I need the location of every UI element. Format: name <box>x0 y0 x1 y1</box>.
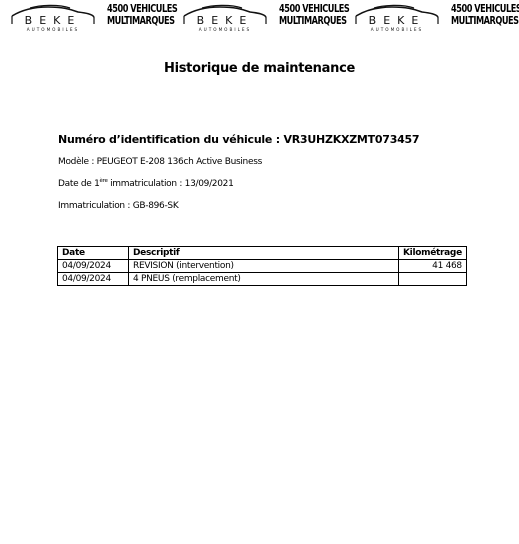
tagline-line-1: 4500 VEHICULES <box>107 3 177 15</box>
table-header-row: Date Descriptif Kilométrage <box>58 247 467 260</box>
first-reg-label-suffix: immatriculation : <box>108 179 185 189</box>
cell-date: 04/09/2024 <box>58 260 129 273</box>
page-title: Historique de maintenance <box>0 61 519 76</box>
svg-text:AUTOMOBILES: AUTOMOBILES <box>371 27 423 32</box>
svg-text:AUTOMOBILES: AUTOMOBILES <box>199 27 251 32</box>
model-value: PEUGEOT E-208 136ch Active Business <box>97 157 262 167</box>
vin-label: Numéro d’identification du véhicule : <box>58 133 283 146</box>
plate-value: GB-896-SK <box>133 201 179 211</box>
first-reg-value: 13/09/2021 <box>185 179 234 189</box>
brand-tagline: 4500 VEHICULES MULTIMARQUES <box>451 3 519 27</box>
brand-tagline: 4500 VEHICULES MULTIMARQUES <box>107 3 177 27</box>
cell-mileage: 41 468 <box>399 260 467 273</box>
model-label: Modèle : <box>58 157 97 167</box>
page-header: BEKE AUTOMOBILES 4500 VEHICULES MULTIMAR… <box>0 0 519 34</box>
table-row: 04/09/2024 4 PNEUS (remplacement) <box>58 273 467 286</box>
maintenance-table: Date Descriptif Kilométrage 04/09/2024 R… <box>57 246 467 286</box>
tagline-line-2: MULTIMARQUES <box>279 15 349 27</box>
tagline-line-1: 4500 VEHICULES <box>279 3 349 15</box>
car-silhouette-icon: BEKE AUTOMOBILES <box>182 2 268 32</box>
beke-logo: BEKE AUTOMOBILES <box>10 2 96 32</box>
beke-logo: BEKE AUTOMOBILES <box>182 2 268 32</box>
cell-date: 04/09/2024 <box>58 273 129 286</box>
vin-line: Numéro d’identification du véhicule : VR… <box>58 133 419 146</box>
tagline-line-2: MULTIMARQUES <box>451 15 519 27</box>
table-row: 04/09/2024 REVISION (intervention) 41 46… <box>58 260 467 273</box>
header-mileage: Kilométrage <box>399 247 467 260</box>
svg-text:BEKE: BEKE <box>25 14 82 27</box>
first-reg-label-sup: ère <box>100 178 108 184</box>
tagline-line-2: MULTIMARQUES <box>107 15 177 27</box>
first-reg-label-prefix: Date de 1 <box>58 179 100 189</box>
svg-text:BEKE: BEKE <box>197 14 254 27</box>
car-silhouette-icon: BEKE AUTOMOBILES <box>10 2 96 32</box>
cell-mileage <box>399 273 467 286</box>
car-silhouette-icon: BEKE AUTOMOBILES <box>354 2 440 32</box>
plate-label: Immatriculation : <box>58 201 133 211</box>
header-date: Date <box>58 247 129 260</box>
svg-text:AUTOMOBILES: AUTOMOBILES <box>27 27 79 32</box>
header-description: Descriptif <box>129 247 399 260</box>
svg-text:BEKE: BEKE <box>369 14 426 27</box>
brand-tagline: 4500 VEHICULES MULTIMARQUES <box>279 3 349 27</box>
beke-logo: BEKE AUTOMOBILES <box>354 2 440 32</box>
vin-value: VR3UHZKXZMT073457 <box>283 133 419 146</box>
model-line: Modèle : PEUGEOT E-208 136ch Active Busi… <box>58 157 262 167</box>
tagline-line-1: 4500 VEHICULES <box>451 3 519 15</box>
first-registration-line: Date de 1ère immatriculation : 13/09/202… <box>58 179 234 189</box>
cell-description: REVISION (intervention) <box>129 260 399 273</box>
cell-description: 4 PNEUS (remplacement) <box>129 273 399 286</box>
plate-line: Immatriculation : GB-896-SK <box>58 201 178 211</box>
